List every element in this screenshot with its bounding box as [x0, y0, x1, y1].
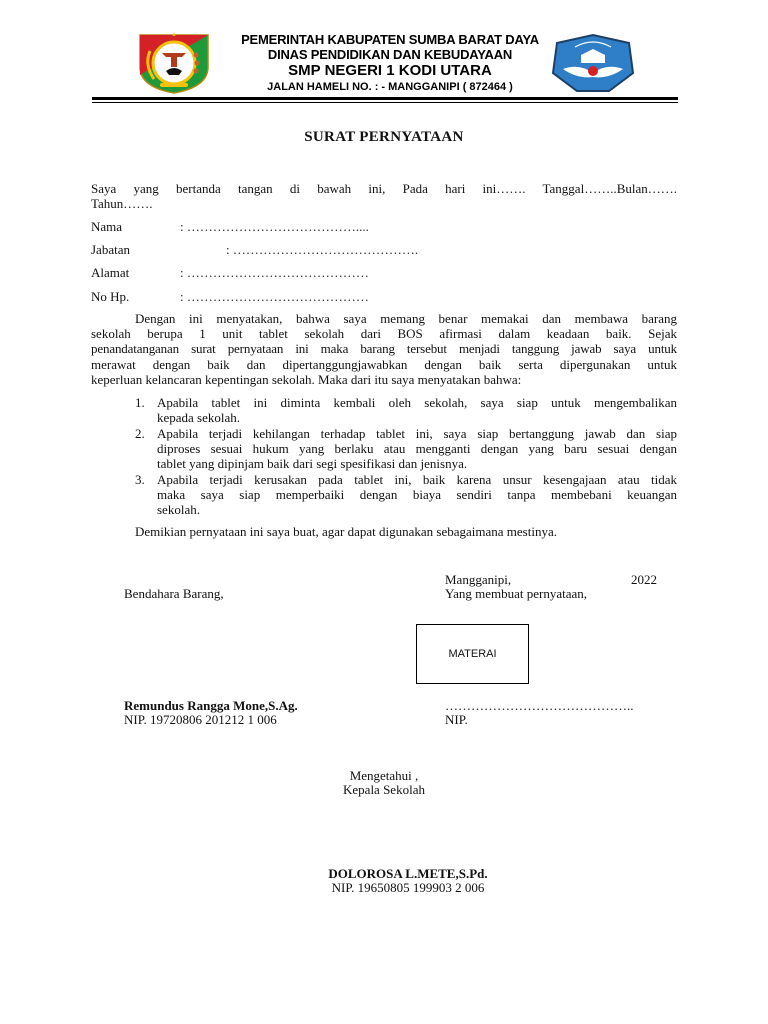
list-item-line: tablet yang dipinjam baik dari segi spes… — [157, 456, 467, 471]
field-label-alamat: Alamat — [91, 265, 129, 281]
list-number: 3. — [135, 472, 145, 488]
body-line: merawat dengan baik dan dipertanggungjaw… — [91, 357, 677, 372]
acknowledgement-label: Mengetahui , — [258, 768, 510, 783]
sign-year: 2022 — [631, 572, 657, 587]
list-number: 1. — [135, 395, 145, 411]
letterhead-agency: DINAS PENDIDIKAN DAN KEBUDAYAAN — [200, 47, 580, 62]
right-signer-name: …………………………………….. — [445, 698, 634, 713]
letterhead-address: JALAN HAMELI NO. : - MANGGANIPI ( 872464… — [200, 81, 580, 93]
field-label-nama: Nama — [91, 219, 122, 235]
field-label-jabatan: Jabatan — [91, 242, 130, 258]
right-signer-role: Yang membuat pernyataan, — [445, 586, 587, 601]
field-value-nohp: : …………………………………… — [180, 289, 369, 305]
list-item-line: Apabila terjadi kerusakan pada tablet in… — [157, 472, 677, 487]
principal-nip: NIP. 19650805 199903 2 006 — [258, 880, 558, 895]
list-number: 2. — [135, 426, 145, 442]
body-line: keperluan kelancaran kepentingan sekolah… — [91, 372, 521, 387]
field-value-jabatan: : ……………………………………. — [226, 242, 418, 258]
sign-place: Mangganipi, — [445, 572, 511, 587]
list-item-line: sekolah. — [157, 502, 200, 517]
letterhead-divider-thin — [92, 102, 678, 103]
stamp-duty-label: MATERAI — [448, 648, 496, 660]
body-line: penandatanganan surat pernyataan ini mak… — [91, 341, 677, 356]
list-item-line: diproses sesuai hukum yang berlaku atau … — [157, 441, 677, 456]
closing-statement: Demikian pernyataan ini saya buat, agar … — [135, 524, 557, 539]
list-item-line: kepada sekolah. — [157, 410, 240, 425]
left-signer-role: Bendahara Barang, — [124, 586, 224, 601]
principal-role: Kepala Sekolah — [258, 782, 510, 797]
body-line: Dengan ini menyatakan, bahwa saya memang… — [135, 311, 677, 326]
principal-name: DOLOROSA L.METE,S.Pd. — [258, 866, 558, 881]
field-label-nohp: No Hp. — [91, 289, 129, 305]
list-item-line: maka saya siap memperbaiki dengan biaya … — [157, 487, 677, 502]
field-value-nama: : ………………………………….... — [180, 219, 369, 235]
intro-line-year: Tahun……. — [91, 196, 153, 211]
list-item-line: Apabila tablet ini diminta kembali oleh … — [157, 395, 677, 410]
list-item-line: Apabila terjadi kehilangan terhadap tabl… — [157, 426, 677, 441]
letterhead-divider — [92, 97, 678, 100]
stamp-duty-box: MATERAI — [416, 624, 529, 684]
right-signer-nip: NIP. — [445, 712, 468, 727]
document-title: SURAT PERNYATAAN — [0, 129, 768, 146]
left-signer-name: Remundus Rangga Mone,S.Ag. — [124, 698, 298, 713]
body-line: sekolah berupa 1 unit tablet sekolah dar… — [91, 326, 677, 341]
left-signer-nip: NIP. 19720806 201212 1 006 — [124, 712, 277, 727]
letterhead-government: PEMERINTAH KABUPATEN SUMBA BARAT DAYA — [200, 32, 580, 47]
letterhead-school: SMP NEGERI 1 KODI UTARA — [200, 62, 580, 79]
intro-line: Saya yang bertanda tangan di bawah ini, … — [91, 181, 677, 196]
field-value-alamat: : …………………………………… — [180, 265, 369, 281]
